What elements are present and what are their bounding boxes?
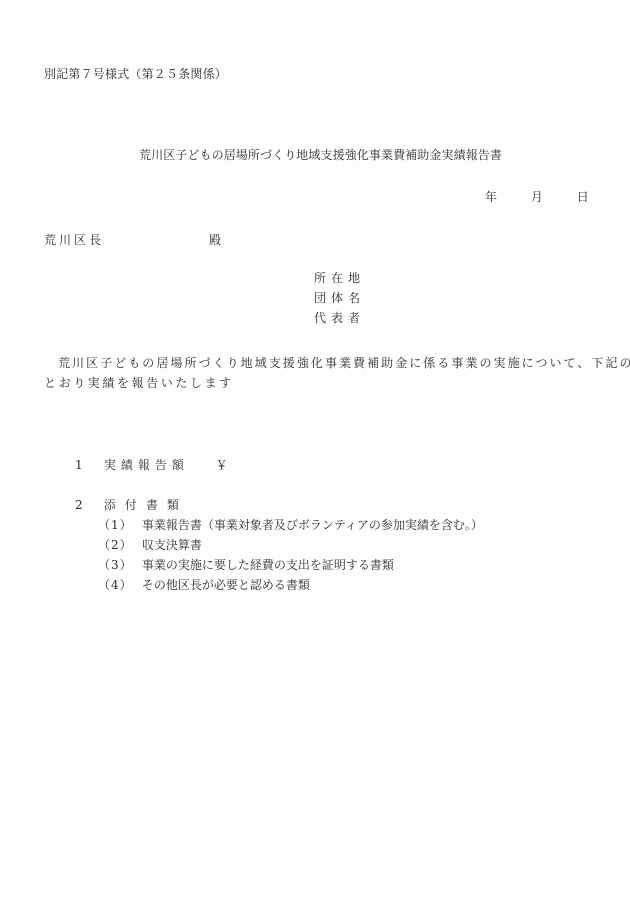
attachment-number: （2） bbox=[98, 538, 138, 552]
item-number: 2 bbox=[75, 498, 100, 512]
addressee-name: 荒川区長 bbox=[44, 233, 104, 247]
body-line-2: とおり実績を報告いたします bbox=[44, 373, 584, 393]
item-label: 添付書類 bbox=[104, 498, 188, 512]
applicant-block: 所在地 団体名 代表者 bbox=[314, 271, 365, 331]
attachment-text: その他区長が必要と認める書類 bbox=[142, 578, 310, 592]
applicant-address-label: 所在地 bbox=[314, 271, 365, 291]
attachment-text: 収支決算書 bbox=[142, 538, 202, 552]
date-month-label: 月 bbox=[531, 190, 543, 204]
yen-symbol: ￥ bbox=[216, 458, 228, 472]
addressee: 荒川区長 殿 bbox=[44, 233, 104, 247]
attachment-list: （1） 事業報告書（事業対象者及びボランティアの参加実績を含む。） （2） 収支… bbox=[98, 518, 483, 598]
attachment-number: （1） bbox=[98, 518, 138, 532]
body-line-1: 荒川区子どもの居場所づくり地域支援強化事業費補助金に係る事業の実施について、下記… bbox=[44, 353, 584, 373]
applicant-representative-label: 代表者 bbox=[314, 311, 365, 331]
attachment-text: 事業報告書（事業対象者及びボランティアの参加実績を含む。） bbox=[142, 518, 483, 532]
applicant-organization-label: 団体名 bbox=[314, 291, 365, 311]
attachment-number: （3） bbox=[98, 558, 138, 572]
attachment-number: （4） bbox=[98, 578, 138, 592]
item-label: 実績報告額 bbox=[104, 458, 212, 472]
attachment-item: （4） その他区長が必要と認める書類 bbox=[98, 578, 483, 598]
addressee-honorific: 殿 bbox=[209, 233, 221, 247]
item-attachments: 2 添付書類 bbox=[75, 498, 188, 512]
item-number: 1 bbox=[75, 458, 100, 472]
attachment-item: （3） 事業の実施に要した経費の支出を証明する書類 bbox=[98, 558, 483, 578]
form-number: 別記第７号様式（第２５条関係） bbox=[44, 67, 227, 81]
date-day-label: 日 bbox=[577, 190, 589, 204]
attachment-item: （1） 事業報告書（事業対象者及びボランティアの参加実績を含む。） bbox=[98, 518, 483, 538]
date-line: 年 月 日 bbox=[485, 190, 589, 204]
attachment-item: （2） 収支決算書 bbox=[98, 538, 483, 558]
date-year-label: 年 bbox=[485, 190, 497, 204]
item-report-amount: 1 実績報告額 ￥ bbox=[75, 458, 228, 472]
body-paragraph: 荒川区子どもの居場所づくり地域支援強化事業費補助金に係る事業の実施について、下記… bbox=[44, 353, 584, 393]
document-title: 荒川区子どもの居場所づくり地域支援強化事業費補助金実績報告書 bbox=[139, 148, 502, 162]
attachment-text: 事業の実施に要した経費の支出を証明する書類 bbox=[142, 558, 394, 572]
